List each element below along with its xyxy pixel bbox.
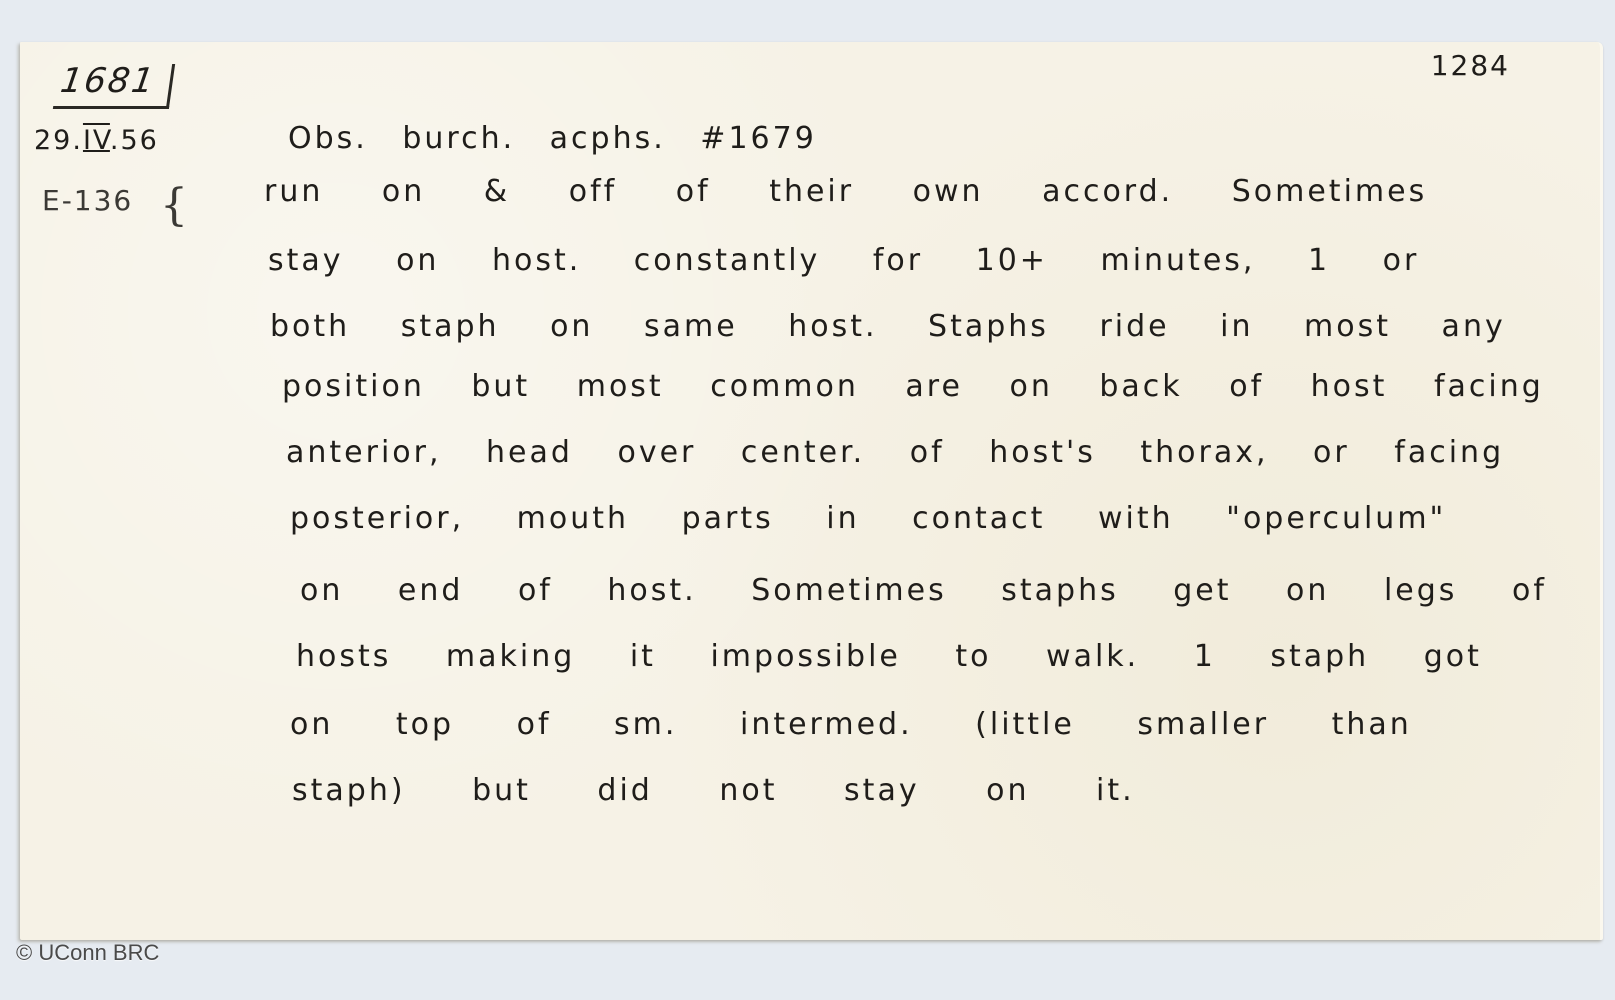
card-number: 1681 — [53, 64, 175, 109]
note-line-10: on top of sm. intermed. (little smaller … — [290, 710, 1412, 740]
note-line-1: Obs. burch. acphs. #1679 — [288, 124, 817, 154]
brace-mark: { — [160, 180, 188, 231]
note-line-3: stay on host. constantly for 10+ minutes… — [268, 246, 1419, 276]
note-line-7: posterior, mouth parts in contact with "… — [290, 504, 1446, 534]
date-month-roman: IV — [83, 125, 110, 156]
page-number: 1284 — [1431, 52, 1510, 80]
note-line-5: position but most common are on back of … — [282, 372, 1544, 402]
note-line-11: staph) but did not stay on it. — [292, 776, 1135, 806]
date-year: .56 — [110, 125, 159, 156]
index-card: 1681 1284 29.IV.56 E-136 { Obs. burch. a… — [20, 42, 1603, 940]
specimen-code: E-136 — [42, 187, 133, 215]
note-line-9: hosts making it impossible to walk. 1 st… — [296, 642, 1482, 672]
note-line-8: on end of host. Sometimes staphs get on … — [300, 576, 1547, 606]
note-line-4: both staph on same host. Staphs ride in … — [270, 312, 1506, 342]
date-day: 29. — [34, 125, 83, 156]
note-line-6: anterior, head over center. of host's th… — [286, 438, 1504, 468]
copyright-watermark: © UConn BRC — [16, 940, 159, 966]
observation-date: 29.IV.56 — [34, 127, 159, 154]
note-line-2: run on & off of their own accord. Someti… — [264, 177, 1427, 207]
